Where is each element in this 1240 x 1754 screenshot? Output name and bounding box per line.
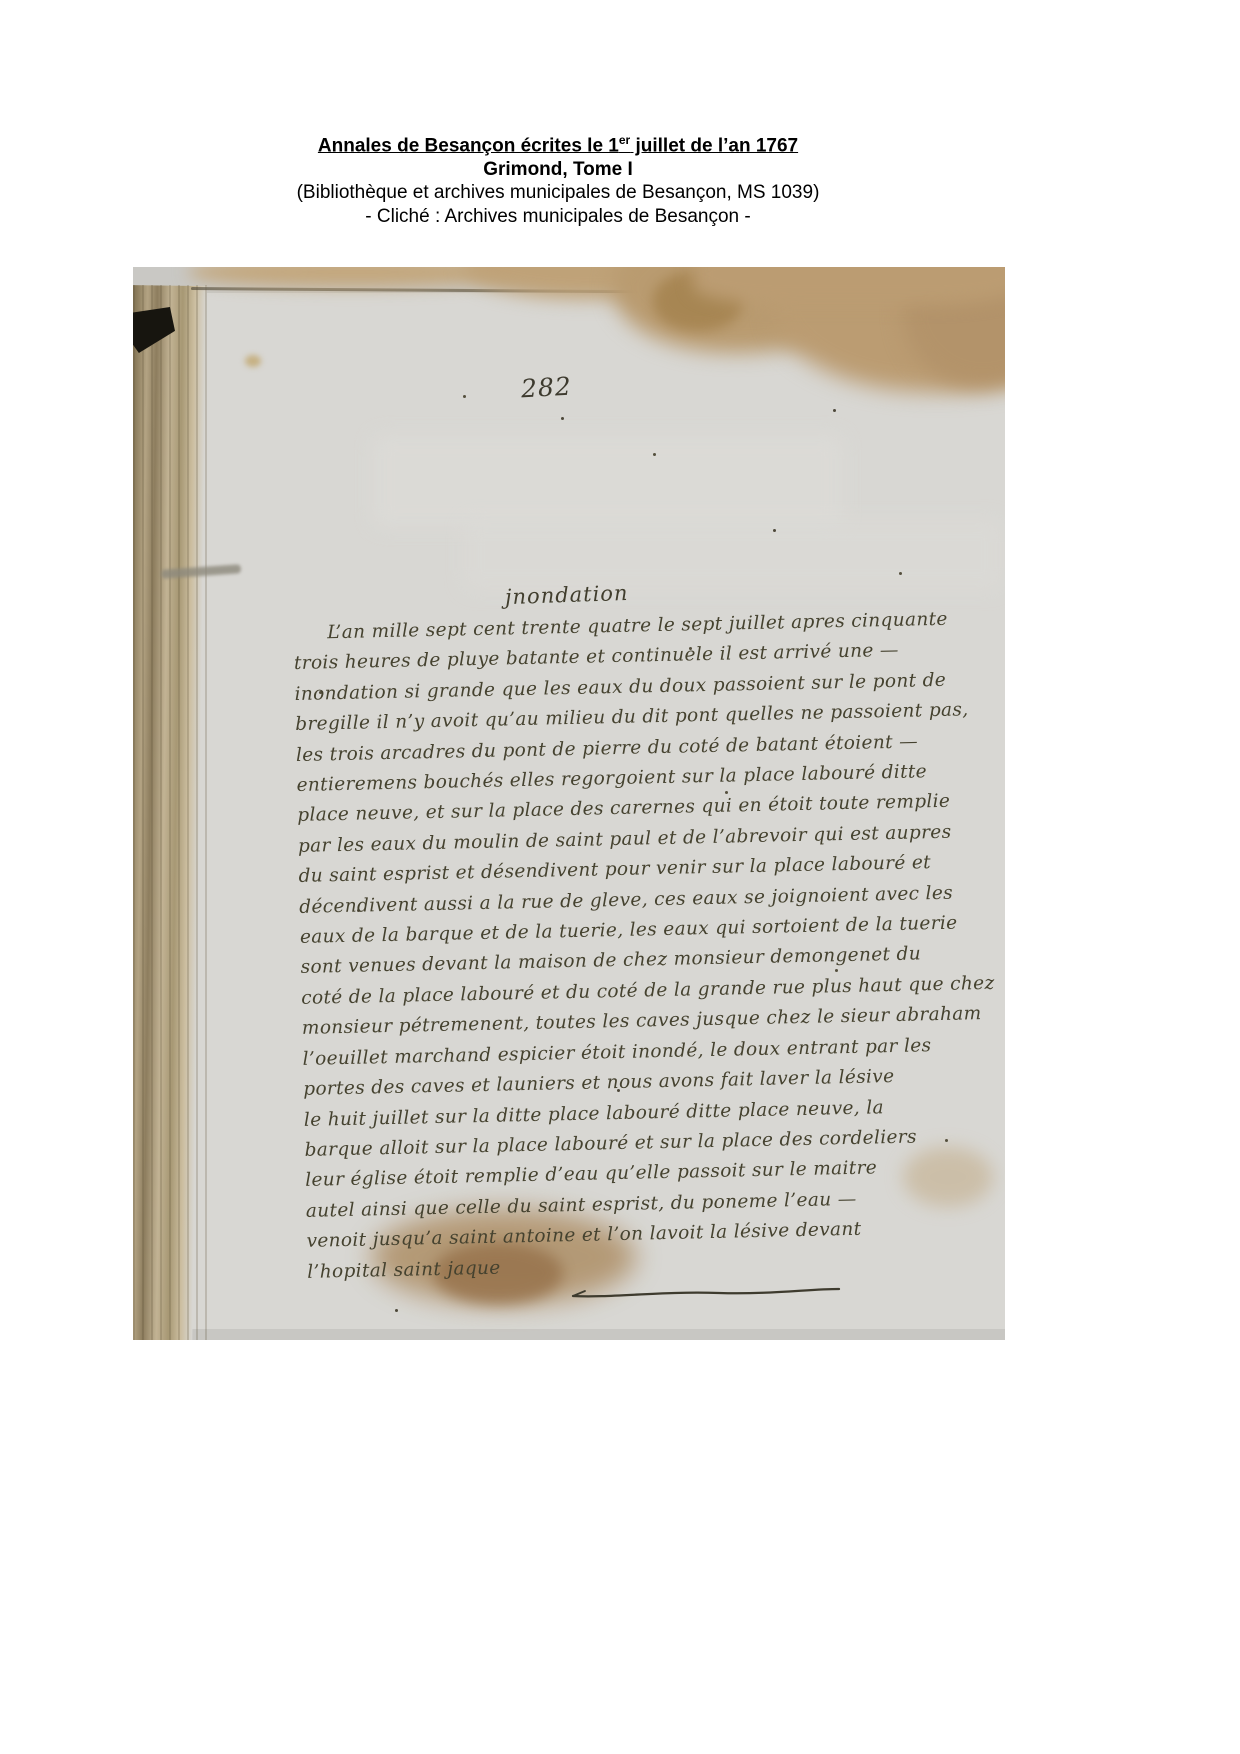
title-prefix: Annales de Besançon écrites le 1 [318, 135, 619, 156]
paper-specks [133, 267, 136, 270]
photo-backdrop-bottom [133, 1329, 1005, 1340]
caption-header: Annales de Besançon écrites le 1er juill… [133, 129, 983, 228]
manuscript-text-block: L’an mille sept cent trente quatre le se… [293, 603, 1005, 1288]
photo-credit: - Cliché : Archives municipales de Besan… [133, 205, 983, 229]
title-superscript: er [619, 133, 630, 147]
manuscript-page-number: 282 [520, 372, 572, 404]
manuscript-photo: 282 jnondation L’an mille sept cent tren… [133, 267, 1005, 1340]
title-suffix: juillet de l’an 1767 [630, 135, 798, 156]
manuscript-heading: jnondation [505, 581, 629, 609]
stain-top-fill [693, 267, 1005, 305]
document-subtitle: Grimond, Tome I [133, 158, 983, 182]
flourish-underline [571, 1285, 843, 1301]
document-title: Annales de Besançon écrites le 1er juill… [133, 129, 983, 158]
archive-source: (Bibliothèque et archives municipales de… [133, 181, 983, 205]
book-page-edge-streaks [133, 285, 207, 1340]
small-yellow-spot [245, 355, 261, 367]
light-patch-upper [373, 435, 843, 527]
light-patch-lower [463, 519, 1003, 591]
